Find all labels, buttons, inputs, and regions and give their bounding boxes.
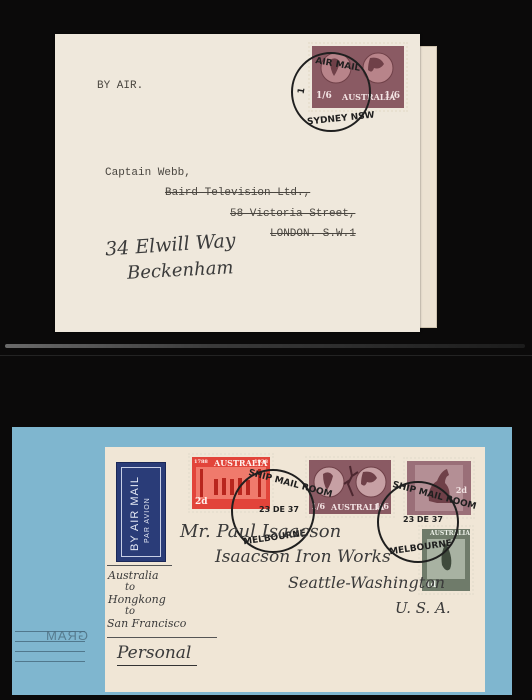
postmark-top-text: AIR MAIL xyxy=(314,56,360,74)
routing-line-2: to xyxy=(125,582,135,593)
struck-address-line-2: 58 Victoria Street, xyxy=(230,208,355,220)
address-line-2: Isaacson Iron Works xyxy=(215,547,391,567)
stamp-value-right: 1/6 xyxy=(384,91,400,101)
routing-line-3: Hongkong xyxy=(108,593,166,606)
postmark-bottom-text: SYDNEY NSW xyxy=(307,110,375,127)
addressee-name: Captain Webb, xyxy=(105,167,191,179)
album-page-edge xyxy=(0,355,532,356)
personal-note: Personal xyxy=(117,643,191,663)
machine-cancel: GRAM xyxy=(15,625,103,670)
postmark-date: 23 DE 37 xyxy=(403,515,443,524)
routing-rule xyxy=(107,565,172,566)
personal-rule xyxy=(107,637,217,638)
stamp-value: 2d xyxy=(195,497,208,507)
postmark-left-text: 1 xyxy=(297,87,308,95)
routing-line-4: to xyxy=(125,606,135,617)
struck-address-line-3: LONDON. S.W.1 xyxy=(270,228,356,240)
personal-underline xyxy=(117,665,197,666)
machine-cancel-text: GRAM xyxy=(45,628,88,643)
handwritten-redirect-line-1: 34 Elwill Way xyxy=(104,229,236,260)
cover-top-envelope: BY AIR. Captain Webb, Baird Television L… xyxy=(55,34,420,332)
album-page-divider xyxy=(5,344,525,348)
address-line-3: Seattle-Washington xyxy=(288,573,445,592)
stamp-year-left: 1788 xyxy=(194,459,208,465)
by-air-endorsement: BY AIR. xyxy=(97,80,143,92)
air-mail-label-line-1: BY AIR MAIL xyxy=(129,476,141,551)
stamp-year-right: 1938 xyxy=(254,459,268,465)
air-mail-label-line-2: PAR AVION xyxy=(144,497,151,543)
postmark-sydney: AIR MAIL 1 SYDNEY NSW xyxy=(291,52,371,132)
postmark-date: 23 DE 37 xyxy=(259,505,299,514)
struck-address-line-1: Baird Television Ltd., xyxy=(165,187,310,199)
handwritten-redirect-line-2: Beckenham xyxy=(127,257,234,284)
routing-line-1: Australia xyxy=(108,569,159,582)
address-line-1: Mr. Paul Isaacson xyxy=(180,521,341,542)
routing-line-5: San Francisco xyxy=(107,617,186,630)
stamp-value: 2d xyxy=(456,485,467,495)
address-line-4: U. S. A. xyxy=(395,599,451,617)
air-mail-label: BY AIR MAIL PAR AVION xyxy=(116,462,166,562)
